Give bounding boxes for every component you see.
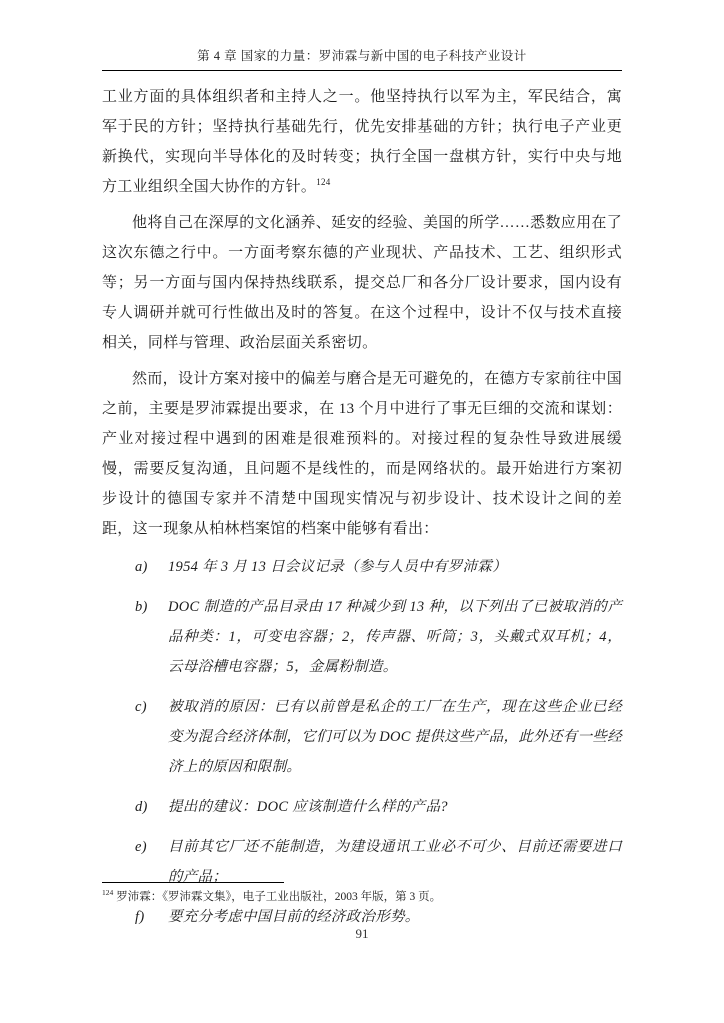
running-header: 第 4 章 国家的力量：罗沛霖与新中国的电子科技产业设计 <box>102 46 622 64</box>
list-item-marker: d) <box>135 792 168 822</box>
footnote: 124罗沛霖：《罗沛霖文集》，电子工业出版社，2003 年版，第 3 页。 <box>102 889 622 905</box>
footnote-reference: 124 <box>316 177 330 187</box>
list-item-text: DOC 制造的产品目录由 17 种减少到 13 种，以下列出了已被取消的产品种类… <box>168 592 622 682</box>
paragraph-text: 工业方面的具体组织者和主持人之一。他坚持执行以军为主，军民结合，寓军于民的方针；… <box>102 89 622 195</box>
list-item-marker: c) <box>135 692 168 782</box>
list-item-marker: a) <box>135 552 168 582</box>
paragraph-3: 然而，设计方案对接中的偏差与磨合是无可避免的，在德方专家前往中国之前，主要是罗沛… <box>102 364 622 544</box>
footnote-rule <box>102 882 284 883</box>
list-item-text: 1954 年 3 月 13 日会议记录（参与人员中有罗沛霖） <box>168 552 622 582</box>
header-rule <box>102 70 622 71</box>
document-page: 第 4 章 国家的力量：罗沛霖与新中国的电子科技产业设计 工业方面的具体组织者和… <box>0 0 724 1023</box>
paragraph-2: 他将自己在深厚的文化涵养、延安的经验、美国的所学……悉数应用在了这次东德之行中。… <box>102 208 622 358</box>
list-item: d) 提出的建议：DOC 应该制造什么样的产品? <box>135 792 622 822</box>
paragraph-1: 工业方面的具体组织者和主持人之一。他坚持执行以军为主，军民结合，寓军于民的方针；… <box>102 82 622 202</box>
list-item: c) 被取消的原因：已有以前曾是私企的工厂在生产，现在这些企业已经变为混合经济体… <box>135 692 622 782</box>
page-number: 91 <box>0 926 724 942</box>
list-item-text: 被取消的原因：已有以前曾是私企的工厂在生产，现在这些企业已经变为混合经济体制，它… <box>168 692 622 782</box>
list-item-marker: b) <box>135 592 168 682</box>
quoted-list: a) 1954 年 3 月 13 日会议记录（参与人员中有罗沛霖） b) DOC… <box>102 552 622 932</box>
paragraph-text: 他将自己在深厚的文化涵养、延安的经验、美国的所学……悉数应用在了这次东德之行中。… <box>102 215 622 351</box>
page-body: 工业方面的具体组织者和主持人之一。他坚持执行以军为主，军民结合，寓军于民的方针；… <box>102 82 622 942</box>
list-item: a) 1954 年 3 月 13 日会议记录（参与人员中有罗沛霖） <box>135 552 622 582</box>
paragraph-text: 然而，设计方案对接中的偏差与磨合是无可避免的，在德方专家前往中国之前，主要是罗沛… <box>102 371 622 537</box>
list-item: b) DOC 制造的产品目录由 17 种减少到 13 种，以下列出了已被取消的产… <box>135 592 622 682</box>
footnote-section: 124罗沛霖：《罗沛霖文集》，电子工业出版社，2003 年版，第 3 页。 <box>102 882 622 905</box>
footnote-text: 罗沛霖：《罗沛霖文集》，电子工业出版社，2003 年版，第 3 页。 <box>116 891 441 903</box>
footnote-marker: 124 <box>102 888 113 897</box>
list-item-text: 提出的建议：DOC 应该制造什么样的产品? <box>168 792 622 822</box>
